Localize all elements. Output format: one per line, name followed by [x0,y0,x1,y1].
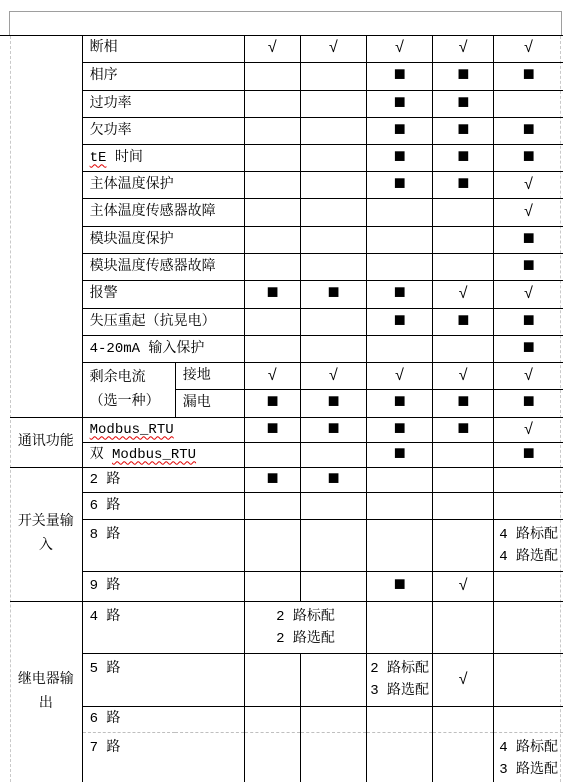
mark-cell [433,198,494,226]
mark-cell [433,601,494,653]
table-row: 报警 ■ ■ ■ √ √ [10,280,563,308]
mark-cell: ■ [494,226,563,253]
feature-label-cell: 主体温度传感器故障 [82,198,244,226]
feature-label-cell: 模块温度传感器故障 [82,253,244,280]
mark-cell: ■ [244,417,300,442]
mark-cell: √ [433,280,494,308]
mark-cell [433,335,494,362]
mark-cell: ■ [367,144,433,171]
feature-label: 5 路 [90,661,121,677]
feature-label: 模块温度保护 [90,232,174,248]
sub-option-cell: 接地 [175,362,244,389]
empty-header-row [9,11,562,35]
mark-cell [494,653,563,706]
mark-cell: ■ [367,389,433,417]
group-cell-digital-input: 开关量输 入 [10,467,82,601]
mark-cell: ■ [433,417,494,442]
mark-cell [301,519,367,571]
mark-cell [244,253,300,280]
feature-label: 主体温度传感器故障 [90,204,216,220]
mark-cell: ■ [244,467,300,492]
mark-cell: ■ [433,171,494,198]
mark-cell: √ [367,35,433,62]
table-row: 主体温度保护 ■ ■ √ [10,171,563,198]
feature-label: 8 路 [90,527,121,543]
feature-label-cell: 4-20mA 输入保护 [82,335,244,362]
feature-label: 欠功率 [90,123,132,139]
feature-label-cell: 报警 [82,280,244,308]
mark-cell: 4 路标配 3 路选配 [494,732,563,782]
table-row: 开关量输 入 2 路 ■ ■ [10,467,563,492]
mark-cell: ■ [301,389,367,417]
group-cell-relay-output: 继电器输 出 [10,601,82,782]
table-row: 6 路 [10,492,563,519]
feature-label-cell: Modbus_RTU [82,417,244,442]
mark-cell [494,492,563,519]
feature-matrix-table: 断相 √ √ √ √ √ 相序 ■ ■ ■ 过功率 ■ ■ 欠功率 [10,35,563,782]
mark-cell: √ [433,571,494,601]
mark-cell [301,144,367,171]
mark-cell: √ [494,417,563,442]
feature-label: 6 路 [90,498,121,514]
mark-cell [494,467,563,492]
feature-label: 9 路 [90,578,121,594]
mark-cell: ■ [367,117,433,144]
mark-cell: ■ [494,253,563,280]
table-row: 双 Modbus_RTU ■ ■ [10,442,563,467]
mark-cell [244,144,300,171]
feature-label-cell: 过功率 [82,90,244,117]
mark-cell: √ [244,35,300,62]
feature-label: 模块温度传感器故障 [90,259,216,275]
feature-label: 4-20mA 输入保护 [90,341,205,357]
mark-cell [244,62,300,90]
mark-cell [367,467,433,492]
table-row: 欠功率 ■ ■ ■ [10,117,563,144]
mark-cell: ■ [367,62,433,90]
table-row: 8 路 4 路标配 4 路选配 [10,519,563,571]
mark-cell [244,732,300,782]
mark-cell: ■ [494,117,563,144]
mark-cell: 4 路标配 4 路选配 [494,519,563,571]
table-row: 5 路 2 路标配 3 路选配 √ [10,653,563,706]
feature-label: 6 路 [90,711,121,727]
mark-cell [244,492,300,519]
feature-label: 剩余电流 （选一种） [90,370,160,410]
feature-label: 断相 [90,40,118,56]
feature-label-cell: 相序 [82,62,244,90]
mark-cell [244,198,300,226]
mark-cell: ■ [494,335,563,362]
mark-cell: √ [433,653,494,706]
table-row: 模块温度传感器故障 ■ [10,253,563,280]
sub-option-cell: 漏电 [175,389,244,417]
mark-cell [494,90,563,117]
group-cell-protection [10,35,82,417]
mark-cell [301,171,367,198]
mark-cell: ■ [367,308,433,335]
feature-label: 4 路 [90,609,121,625]
mark-cell: ■ [367,171,433,198]
mark-cell: ■ [433,389,494,417]
mark-cell: √ [494,198,563,226]
feature-label-cell: 失压重起（抗晃电） [82,308,244,335]
table-row: 失压重起（抗晃电） ■ ■ ■ [10,308,563,335]
mark-cell [301,226,367,253]
table-row: 相序 ■ ■ ■ [10,62,563,90]
feature-label-cell: 主体温度保护 [82,171,244,198]
mark-cell [301,653,367,706]
mark-cell: ■ [433,144,494,171]
mark-cell [494,706,563,732]
mark-cell: ■ [367,280,433,308]
mark-cell [244,519,300,571]
table-row: tE 时间 ■ ■ ■ [10,144,563,171]
mark-cell: √ [494,171,563,198]
feature-label: 主体温度保护 [90,177,174,193]
mark-cell [367,226,433,253]
table-row: 9 路 ■ √ [10,571,563,601]
mark-cell: 2 路标配 2 路选配 [244,601,366,653]
mark-cell: ■ [367,571,433,601]
feature-label-cell: 8 路 [82,519,244,571]
table-row: 断相 √ √ √ √ √ [10,35,563,62]
mark-cell [433,519,494,571]
mark-cell [367,492,433,519]
mark-cell: ■ [433,62,494,90]
mark-cell [244,226,300,253]
table-row: 剩余电流 （选一种） 接地 √ √ √ √ √ [10,362,563,389]
mark-cell: 2 路标配 3 路选配 [367,653,433,706]
mark-cell [367,601,433,653]
mark-cell [301,492,367,519]
mark-cell [301,308,367,335]
feature-label-cell: 5 路 [82,653,244,706]
mark-cell [301,442,367,467]
table-row: 7 路 4 路标配 3 路选配 [10,732,563,782]
feature-label-cell-residual-current: 剩余电流 （选一种） [82,362,175,417]
table-row: 过功率 ■ ■ [10,90,563,117]
mark-cell: ■ [301,467,367,492]
mark-cell [244,653,300,706]
feature-label: 时间 [106,150,142,166]
mark-cell [244,117,300,144]
feature-label: 相序 [90,68,118,84]
mark-cell [433,492,494,519]
mark-cell [244,706,300,732]
mark-cell: √ [301,362,367,389]
mark-cell [367,519,433,571]
feature-label-cell: 欠功率 [82,117,244,144]
feature-label: 报警 [90,286,118,302]
mark-cell: ■ [494,442,563,467]
mark-cell: √ [433,362,494,389]
feature-label-misspelled: Modbus_RTU [90,422,174,438]
group-cell-communication: 通讯功能 [10,417,82,467]
mark-cell [301,253,367,280]
mark-cell: ■ [494,308,563,335]
mark-cell [301,335,367,362]
mark-cell [244,335,300,362]
mark-cell [433,732,494,782]
mark-cell [367,253,433,280]
mark-cell [433,226,494,253]
mark-cell: ■ [244,389,300,417]
mark-cell: ■ [433,308,494,335]
table-row: 4-20mA 输入保护 ■ [10,335,563,362]
mark-cell [367,198,433,226]
mark-cell [367,335,433,362]
mark-cell: ■ [494,62,563,90]
mark-cell [433,706,494,732]
feature-label-misspelled: tE [90,150,107,166]
mark-cell [367,732,433,782]
feature-label: 过功率 [90,96,132,112]
mark-cell: ■ [433,117,494,144]
table-row: 模块温度保护 ■ [10,226,563,253]
feature-label-misspelled: Modbus_RTU [112,447,196,463]
feature-label-cell: 6 路 [82,492,244,519]
feature-label: 双 [90,447,112,463]
mark-cell [301,571,367,601]
mark-cell [301,117,367,144]
mark-cell [433,253,494,280]
mark-cell [494,571,563,601]
mark-cell [433,467,494,492]
mark-cell [367,706,433,732]
mark-cell [301,198,367,226]
table-row: 主体温度传感器故障 √ [10,198,563,226]
mark-cell [244,171,300,198]
mark-cell: ■ [494,144,563,171]
mark-cell: ■ [301,280,367,308]
mark-cell: √ [367,362,433,389]
mark-cell [244,571,300,601]
feature-label-cell: tE 时间 [82,144,244,171]
mark-cell: ■ [367,90,433,117]
mark-cell [494,601,563,653]
feature-label-cell: 双 Modbus_RTU [82,442,244,467]
mark-cell: ■ [367,442,433,467]
feature-label-cell: 断相 [82,35,244,62]
feature-label-cell: 9 路 [82,571,244,601]
feature-label-cell: 4 路 [82,601,244,653]
mark-cell: √ [494,362,563,389]
table-row: 通讯功能 Modbus_RTU ■ ■ ■ ■ √ [10,417,563,442]
mark-cell: √ [433,35,494,62]
mark-cell: √ [494,35,563,62]
document-page: 断相 √ √ √ √ √ 相序 ■ ■ ■ 过功率 ■ ■ 欠功率 [0,0,574,782]
table-row: 继电器输 出 4 路 2 路标配 2 路选配 [10,601,563,653]
mark-cell: ■ [367,417,433,442]
mark-cell: √ [494,280,563,308]
table-row: 6 路 [10,706,563,732]
feature-label-cell: 2 路 [82,467,244,492]
mark-cell: ■ [244,280,300,308]
feature-label-cell: 7 路 [82,732,244,782]
mark-cell [244,442,300,467]
mark-cell [301,62,367,90]
feature-label-cell: 6 路 [82,706,244,732]
feature-label: 7 路 [90,740,121,756]
mark-cell [301,706,367,732]
feature-label: 失压重起（抗晃电） [90,314,216,330]
mark-cell: ■ [494,389,563,417]
mark-cell [244,90,300,117]
mark-cell [244,308,300,335]
mark-cell [433,442,494,467]
feature-label: 2 路 [90,472,121,488]
feature-label-cell: 模块温度保护 [82,226,244,253]
mark-cell [301,732,367,782]
mark-cell: √ [301,35,367,62]
mark-cell: ■ [301,417,367,442]
mark-cell [301,90,367,117]
mark-cell: ■ [433,90,494,117]
mark-cell: √ [244,362,300,389]
